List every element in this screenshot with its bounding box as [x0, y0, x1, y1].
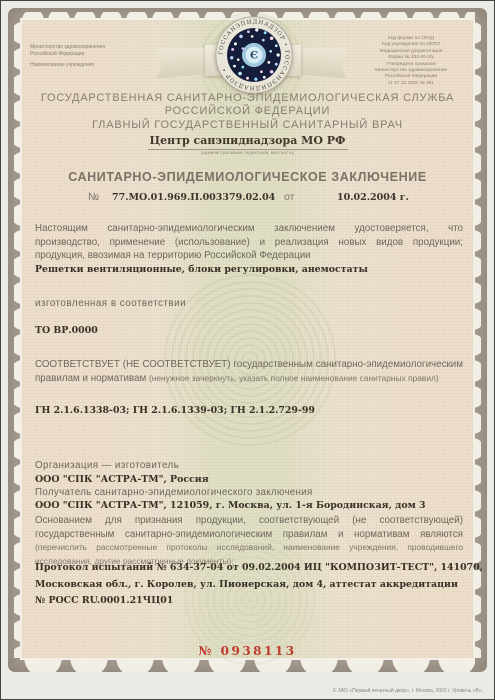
basis-clause: Основанием для признания продукции, соот… — [35, 514, 463, 568]
ministry-line: Российской Федерации — [30, 51, 165, 58]
number-line: № 77.МО.01.969.П.003379.02.04 от 10.02.2… — [0, 191, 495, 205]
date-label: от — [284, 191, 294, 203]
manufacturer-value: ООО "СПК "АСТРА-ТМ", Россия — [35, 474, 209, 485]
document-title: САНИТАРНО-ЭПИДЕМИОЛОГИЧЕСКОЕ ЗАКЛЮЧЕНИЕ — [0, 170, 495, 184]
test-protocol-line1: Протокол испытаний № 634-37-04 от 09.02.… — [35, 562, 483, 573]
form-code-line: от 27.10.2000 № 381 — [338, 81, 484, 87]
issuing-center-name: Центр санэпиднадзора МО РФ — [0, 134, 495, 147]
hologram-seal-icon: Є ГОССАНЭПИДНАДЗОР • ГОССАНЭПИДНАДЗОР • — [215, 16, 293, 94]
test-protocol-line2: Московская обл., г. Королев, ул. Пионерс… — [35, 579, 458, 590]
product-description: Решетки вентиляционные, блоки регулировк… — [35, 264, 368, 275]
blank-serial-number: № 0938113 — [0, 644, 495, 658]
compliance-clause: СООТВЕТСТВУЕТ (НЕ СООТВЕТСТВУЕТ) государ… — [35, 358, 463, 385]
certification-statement: Настоящим санитарно-эпидемиологическим з… — [35, 222, 463, 263]
number-label: № — [88, 191, 99, 203]
standards-list: ГН 2.1.6.1338-03; ГН 2.1.6.1339-03; ГН 2… — [35, 405, 315, 416]
recipient-value: ООО "СПК "АСТРА-ТМ", 121059, г. Москва, … — [35, 500, 426, 511]
made-in-accordance-label: изготовленная в соответствии — [35, 298, 186, 309]
certificate-date: 10.02.2004 г. — [337, 192, 409, 203]
issuing-center-caption: (административная территория, местность) — [0, 150, 495, 155]
seal-center-glyph: Є — [250, 50, 258, 62]
printer-imprint: © ЗАО «Первый печатный двор», г. Москва,… — [333, 688, 483, 694]
ministry-line: Министерство здравоохранения — [30, 44, 165, 51]
chief-doctor-line: ГЛАВНЫЙ ГОСУДАРСТВЕННЫЙ САНИТАРНЫЙ ВРАЧ — [0, 119, 495, 131]
ministry-block: Министерство здравоохранения Российской … — [30, 44, 165, 69]
certificate-number: 77.МО.01.969.П.003379.02.04 — [112, 192, 275, 203]
technical-conditions-value: ТО ВР.0000 — [35, 325, 98, 336]
basis-main-text: Основанием для признания продукции, соот… — [35, 515, 463, 540]
service-name-line2: РОССИЙСКОЙ ФЕДЕРАЦИИ — [0, 105, 495, 117]
institution-name-label: Наименование учреждения — [30, 62, 165, 69]
recipient-label: Получатель санитарно-эпидемиологического… — [35, 487, 313, 498]
accreditation-number: № РОСС RU.0001.21ЧЦ01 — [35, 595, 173, 606]
compliance-note: (ненужное зачеркнуть, указать полное наи… — [149, 373, 439, 383]
service-name-line1: ГОСУДАРСТВЕННАЯ САНИТАРНО-ЭПИДЕМИОЛОГИЧЕ… — [0, 92, 495, 104]
certificate-scan: Министерство здравоохранения Российской … — [0, 0, 495, 700]
form-codes-block: Код формы по ОКУД Код учреждения по ОКПО… — [338, 36, 484, 87]
manufacturer-label: Организация — изготовитель — [35, 460, 179, 471]
